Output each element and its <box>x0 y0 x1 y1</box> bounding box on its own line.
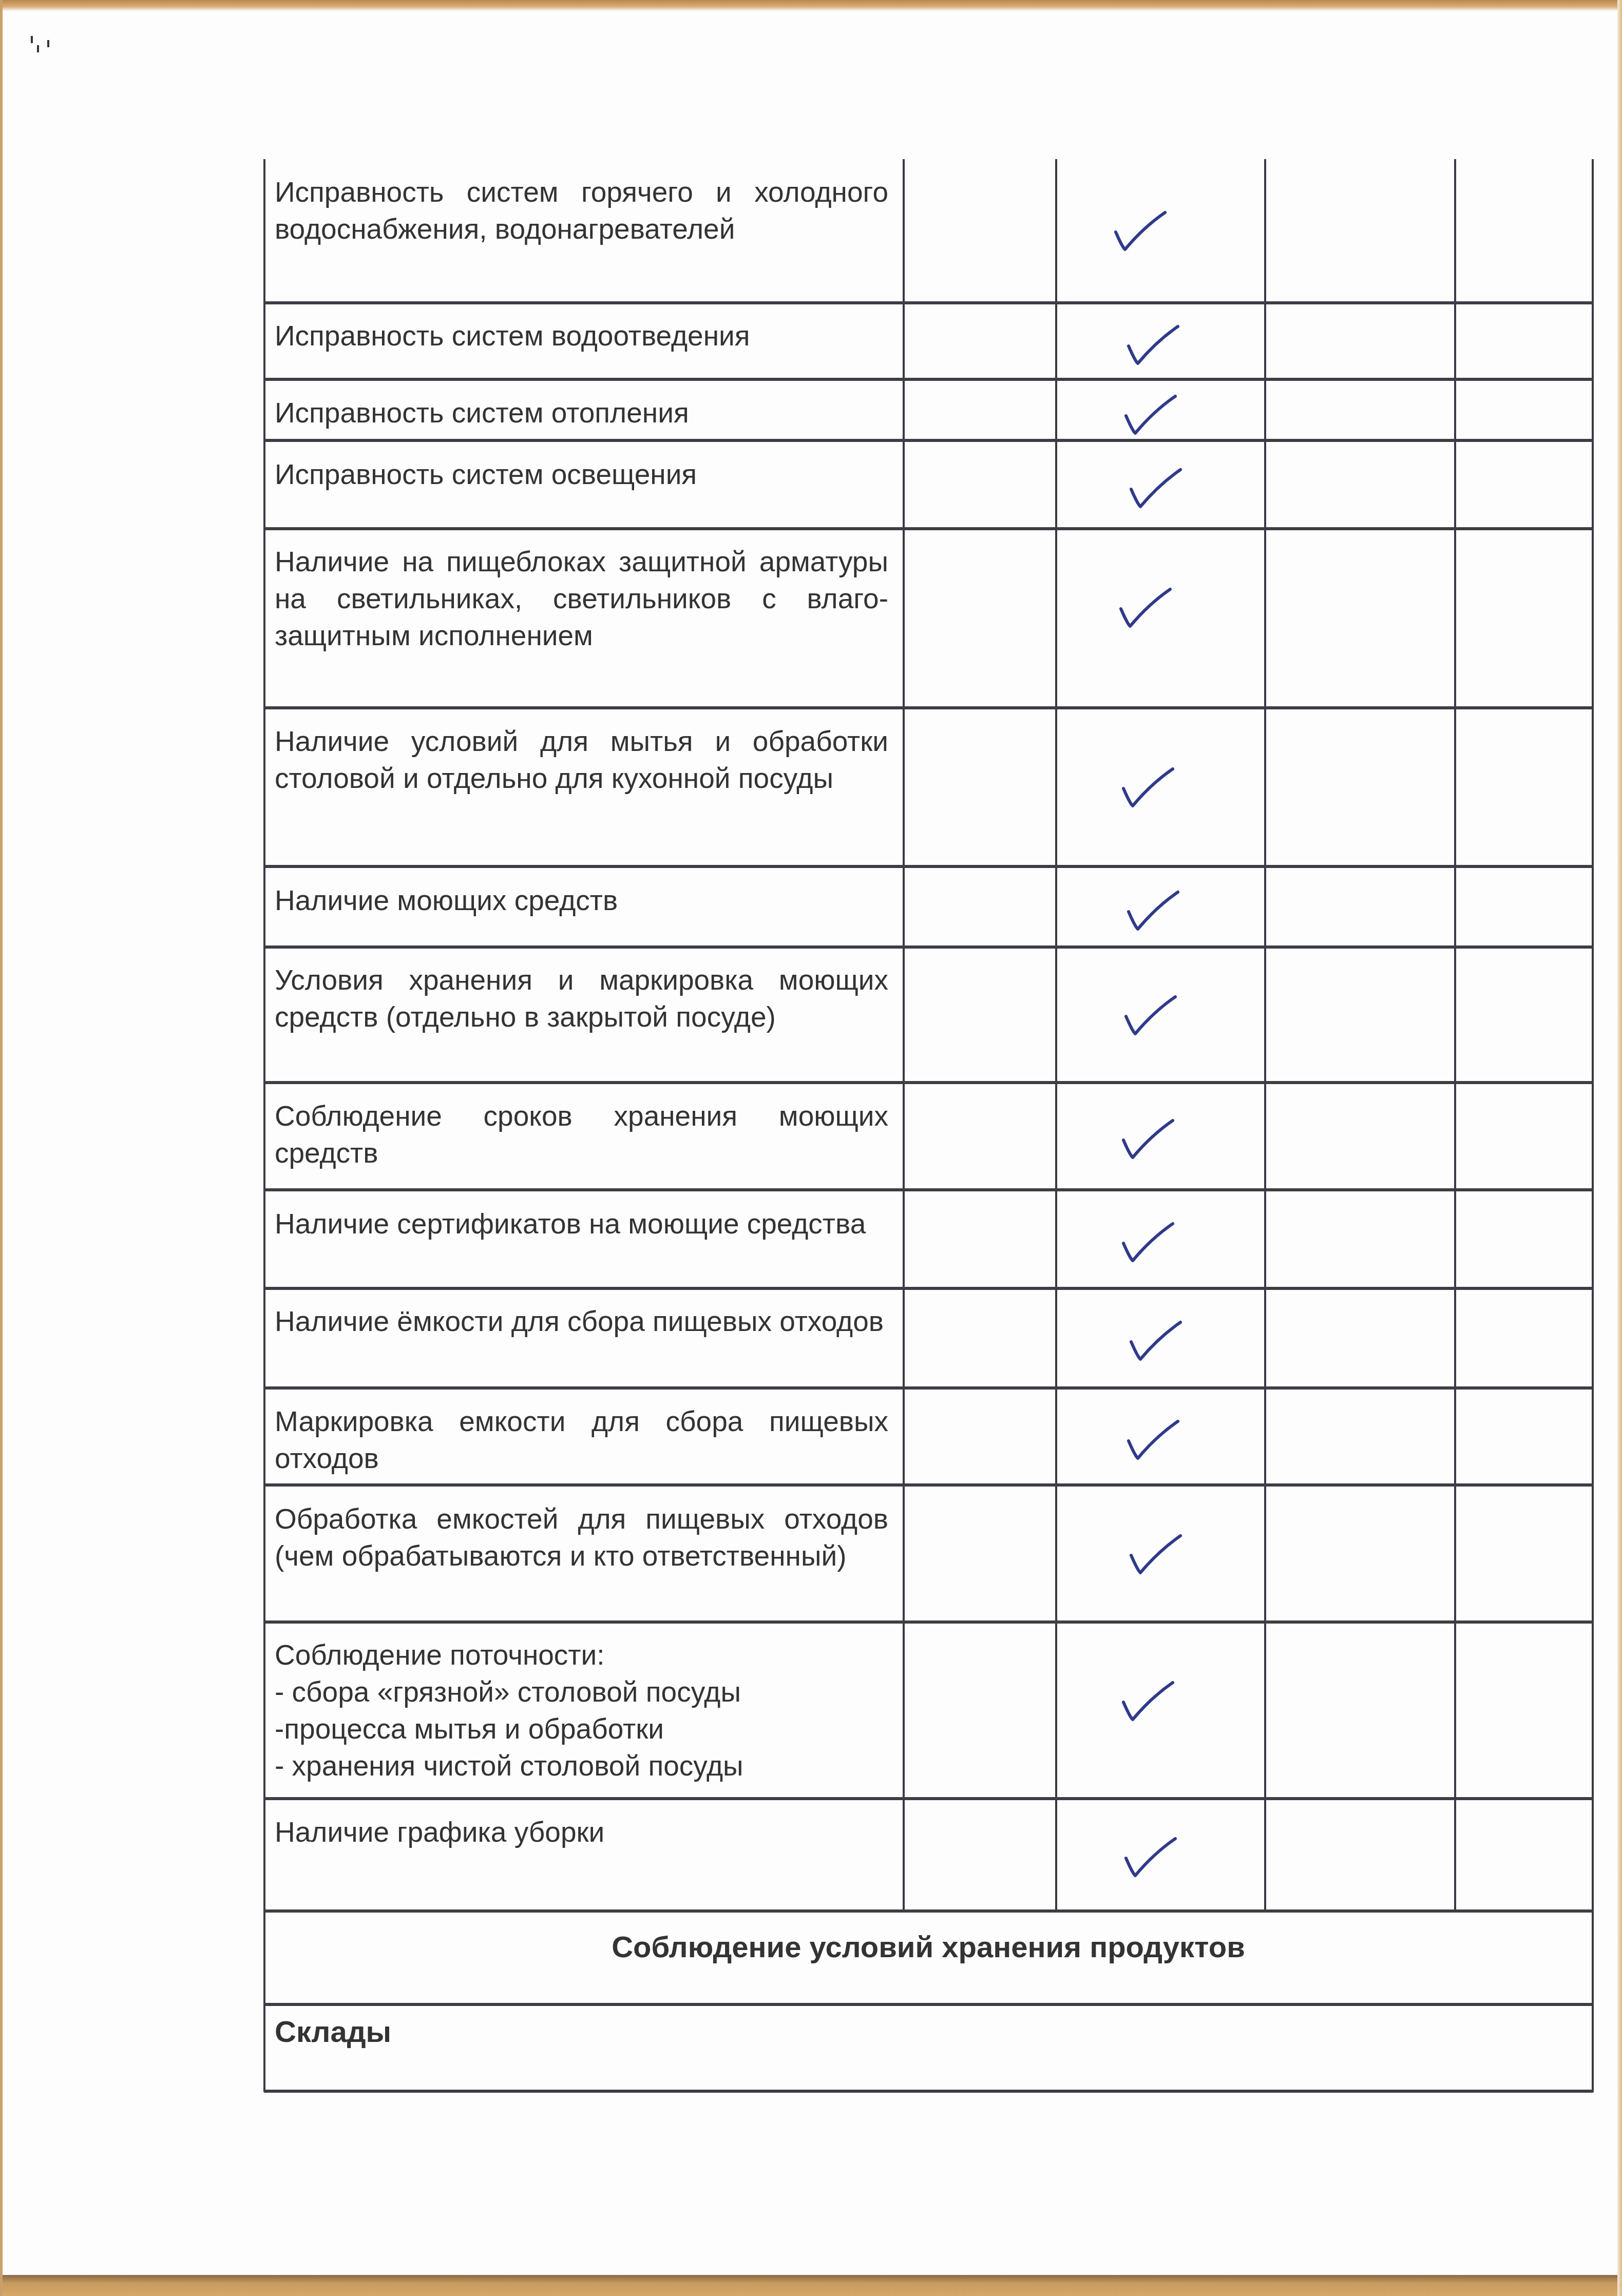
table-row-border <box>263 706 1594 709</box>
table-column-border <box>1264 159 1266 1912</box>
table-row-border <box>263 2090 1594 2093</box>
checklist-item-label: Наличие сертификатов на моющие средства <box>275 1205 888 1242</box>
checkmark-icon <box>1127 1318 1184 1364</box>
table-row-border <box>263 527 1594 530</box>
table-row-border <box>263 378 1594 381</box>
checklist-item-label: Условия хранения и маркировка моющих сре… <box>275 961 888 1035</box>
checklist-item-label: Наличие графика уборки <box>275 1813 888 1850</box>
table-column-border <box>1454 159 1456 1912</box>
checkmark-icon <box>1127 1532 1184 1578</box>
table-row-border <box>263 1797 1594 1800</box>
table-column-border <box>1055 159 1057 1912</box>
checkmark-icon <box>1122 392 1178 438</box>
checkmark-icon <box>1117 585 1173 631</box>
table-row-border <box>263 1287 1594 1290</box>
section-title: Соблюдение условий хранения продуктов <box>263 1930 1593 1964</box>
table-row-border <box>263 1909 1594 1913</box>
checkmark-icon <box>1122 1835 1178 1881</box>
table-row-border <box>263 2003 1594 2006</box>
checkmark-icon <box>1119 765 1176 811</box>
checklist-item-label: Исправность систем водоотведения <box>275 317 888 354</box>
checklist-item-label: Соблюдение сроков хранения моющих средст… <box>275 1097 888 1171</box>
table-row-border <box>263 946 1594 949</box>
checklist-item-label: Соблюдение поточности: - сбора «грязной»… <box>275 1636 888 1784</box>
checkmark-icon <box>1124 1417 1181 1463</box>
checkmark-icon <box>1124 888 1181 934</box>
checkmark-icon <box>1119 1220 1176 1266</box>
checklist-item-label: Наличие моющих средств <box>275 882 888 919</box>
table-row-border <box>263 1620 1594 1624</box>
checkmark-icon <box>1119 1116 1176 1163</box>
table-column-border <box>903 159 905 1912</box>
table-row-border <box>263 1386 1594 1390</box>
checklist-item-label: Обработка емкостей для пищевых отходов (… <box>275 1500 888 1574</box>
checkmark-icon <box>1127 466 1184 512</box>
checklist-item-label: Наличие на пищеблоках защитной арматуры … <box>275 543 888 654</box>
checkmark-icon <box>1119 1678 1176 1725</box>
checkmark-icon <box>1124 322 1181 369</box>
table-row-border <box>263 865 1594 868</box>
table-row-border <box>263 301 1594 304</box>
checkmark-icon <box>1122 993 1178 1039</box>
table-row-border <box>263 1188 1594 1191</box>
checkmark-icon <box>1112 208 1168 255</box>
table-column-border <box>1592 159 1594 2092</box>
checklist-item-label: Наличие ёмкости для сбора пищевых отходо… <box>275 1303 888 1340</box>
checklist-item-label: Наличие условий для мытья и обработки ст… <box>275 723 888 797</box>
table-column-border <box>263 159 265 2092</box>
table-row-border <box>263 1081 1594 1084</box>
checklist-table: Соблюдение условий хранения продуктов Ск… <box>0 0 1622 2296</box>
subsection-title: Склады <box>275 2015 391 2049</box>
checklist-item-label: Маркировка емкости для сбора пищевых отх… <box>275 1403 888 1477</box>
checklist-item-label: Исправность систем отопления <box>275 394 888 431</box>
table-row-border <box>263 1483 1594 1487</box>
checklist-item-label: Исправность систем горячего и холодного … <box>275 173 888 247</box>
checklist-item-label: Исправность систем освещения <box>275 456 888 493</box>
table-row-border <box>263 439 1594 442</box>
